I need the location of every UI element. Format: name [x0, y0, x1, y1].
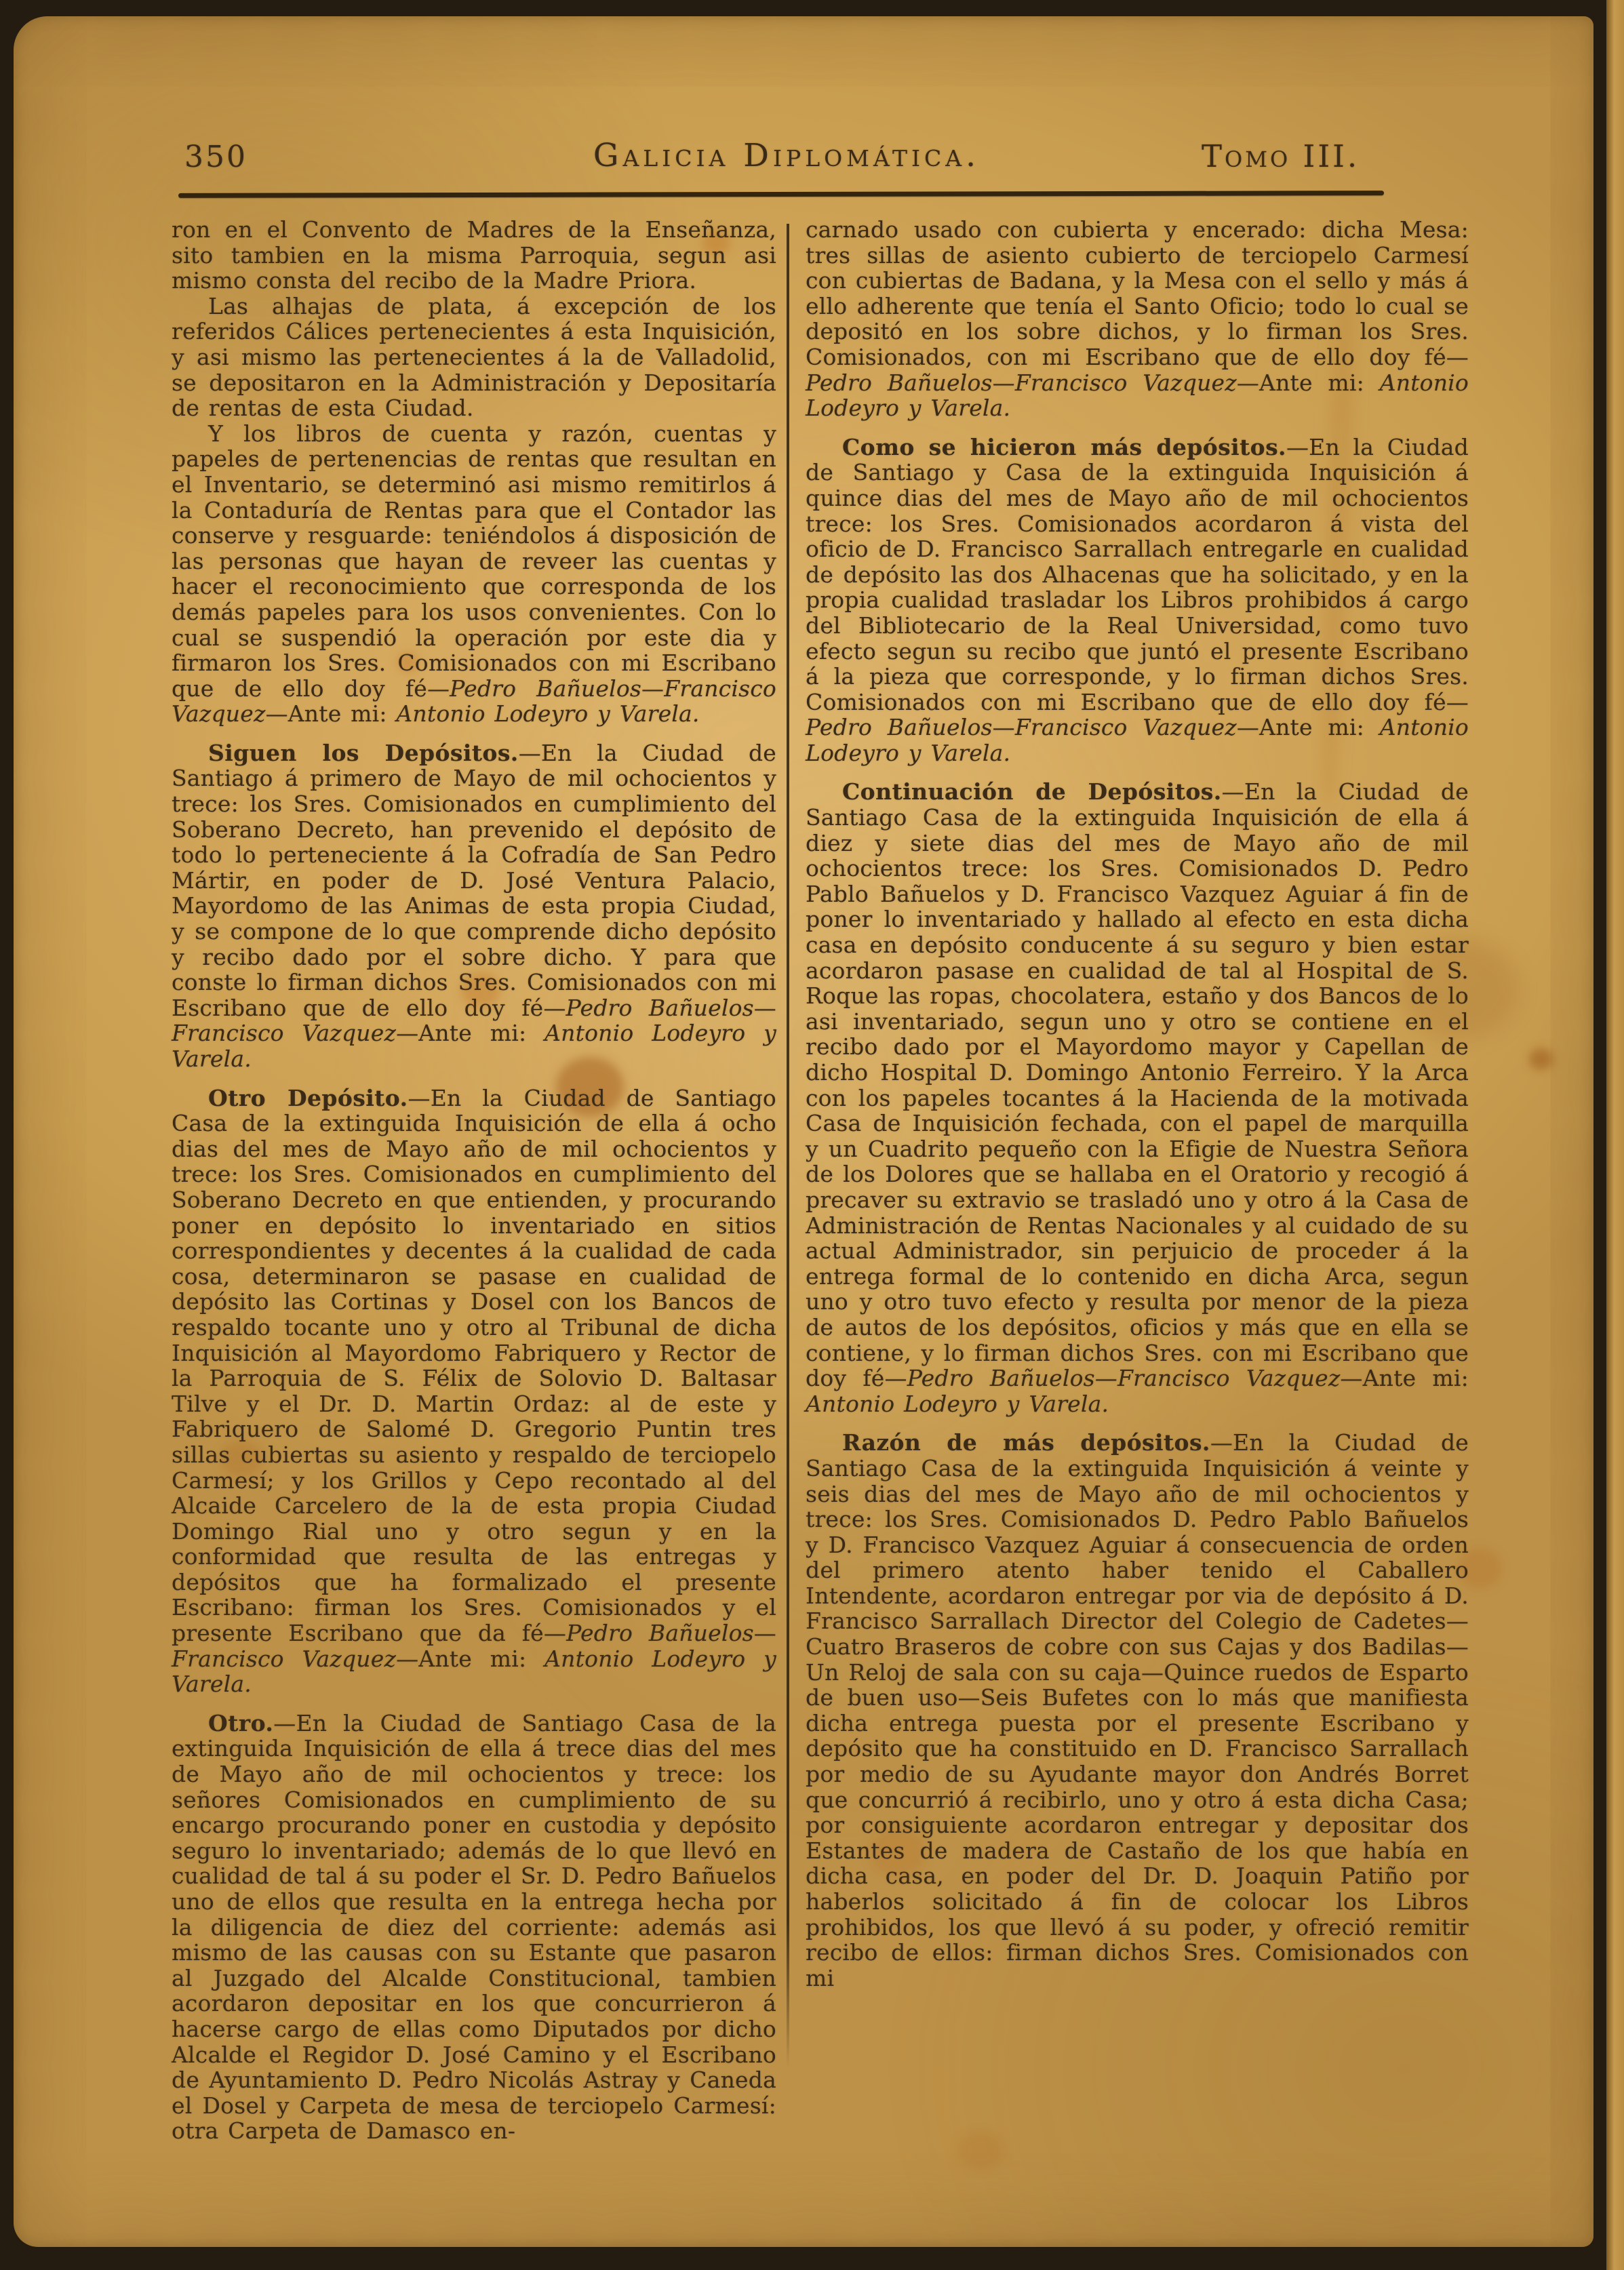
paragraph: carnado usado con cubierta y encerado: d…	[806, 217, 1469, 421]
header-rule	[178, 191, 1384, 198]
signature-name: Francisco Vazquez	[1015, 714, 1237, 740]
text-run: —Ante mi:	[396, 1020, 544, 1046]
signature-name: Pedro Bañuelos	[566, 995, 754, 1021]
left-column: ron en el Convento de Madres de la Enseñ…	[172, 217, 776, 2144]
text-run: —Ante mi:	[396, 1646, 544, 1672]
entry-heading: Siguen los Depósitos.	[208, 740, 519, 766]
paragraph: Otro.—En la Ciudad de Santiago Casa de l…	[172, 1711, 776, 2144]
signature-name: Francisco Vazquez	[1117, 1365, 1340, 1391]
text-run: —	[754, 1620, 776, 1646]
signature-name: Francisco Vazquez	[1015, 370, 1237, 396]
text-run: —	[754, 995, 776, 1021]
scan-background: { "header": { "page_number": "350", "jou…	[0, 0, 1624, 2270]
text-run: Y los libros de cuenta y razón, cuentas …	[172, 420, 776, 702]
paragraph: Continuación de Depósitos.—En la Ciudad …	[806, 779, 1469, 1416]
text-run: —	[993, 714, 1015, 740]
text-run: —Ante mi:	[1340, 1365, 1469, 1391]
adjacent-page-edge	[1606, 0, 1624, 2270]
text-run: —En la Ciudad de Santiago Casa de la ext…	[806, 778, 1469, 1391]
paragraph: Como se hicieron más depósitos.—En la Ci…	[806, 435, 1469, 766]
stain	[957, 2132, 1005, 2170]
signature-name: Antonio Lodeyro y Varela.	[806, 1391, 1109, 1417]
paragraph: Siguen los Depósitos.—En la Ciudad de Sa…	[172, 740, 776, 1072]
entry-heading: Razón de más depósitos.	[842, 1429, 1210, 1456]
text-run: —Ante mi:	[1237, 714, 1380, 740]
text-run: —En la Ciudad de Santiago Casa de la ext…	[172, 1710, 776, 2145]
text-run: —En la Ciudad de Santiago Casa de la ext…	[172, 1085, 776, 1646]
entry-heading: Como se hicieron más depósitos.	[842, 434, 1286, 460]
page-number: 350	[184, 140, 247, 174]
text-run: —	[641, 675, 664, 702]
signature-name: Pedro Bañuelos	[450, 675, 641, 702]
text-run: —En la Ciudad de Santiago y Casa de la e…	[806, 434, 1469, 715]
signature-name: Francisco Vazquez	[172, 1646, 396, 1672]
text-run: —En la Ciudad de Santiago á primero de M…	[172, 740, 776, 1021]
text-run: ron en el Convento de Madres de la Enseñ…	[172, 216, 776, 294]
text-run: —En la Ciudad de Santiago Casa de la ext…	[806, 1429, 1469, 1991]
right-column: carnado usado con cubierta y encerado: d…	[806, 217, 1469, 1991]
signature-name: Pedro Bañuelos	[907, 1365, 1095, 1391]
text-run: —	[1095, 1365, 1117, 1391]
page: 350 Galicia Diplomática. Tomo III. ron e…	[14, 16, 1593, 2247]
text-run: —Ante mi:	[266, 700, 397, 727]
column-divider	[787, 224, 789, 2068]
text-run: —Ante mi:	[1237, 370, 1380, 396]
signature-name: Pedro Bañuelos	[566, 1620, 754, 1646]
paragraph: Otro Depósito.—En la Ciudad de Santiago …	[172, 1086, 776, 1697]
signature-name: Antonio Lodeyro y Varela.	[396, 700, 699, 727]
stain	[1529, 1048, 1553, 1070]
journal-title: Galicia Diplomática.	[542, 137, 1031, 174]
text-run: carnado usado con cubierta y encerado: d…	[806, 216, 1469, 370]
text-run: Las alhajas de plata, á excepción de los…	[172, 293, 776, 421]
signature-name: Pedro Bañuelos	[806, 370, 993, 396]
paragraph: Y los libros de cuenta y razón, cuentas …	[172, 421, 776, 727]
signature-name: Francisco Vazquez	[172, 1020, 396, 1046]
paragraph: Razón de más depósitos.—En la Ciudad de …	[806, 1430, 1469, 1991]
entry-heading: Otro Depósito.	[208, 1085, 408, 1111]
entry-heading: Continuación de Depósitos.	[842, 778, 1222, 805]
paragraph: ron en el Convento de Madres de la Enseñ…	[172, 217, 776, 294]
volume-label: Tomo III.	[1202, 138, 1360, 174]
signature-name: Pedro Bañuelos	[806, 714, 993, 740]
paragraph: Las alhajas de plata, á excepción de los…	[172, 294, 776, 421]
entry-heading: Otro.	[208, 1710, 273, 1736]
text-run: —	[993, 370, 1015, 396]
